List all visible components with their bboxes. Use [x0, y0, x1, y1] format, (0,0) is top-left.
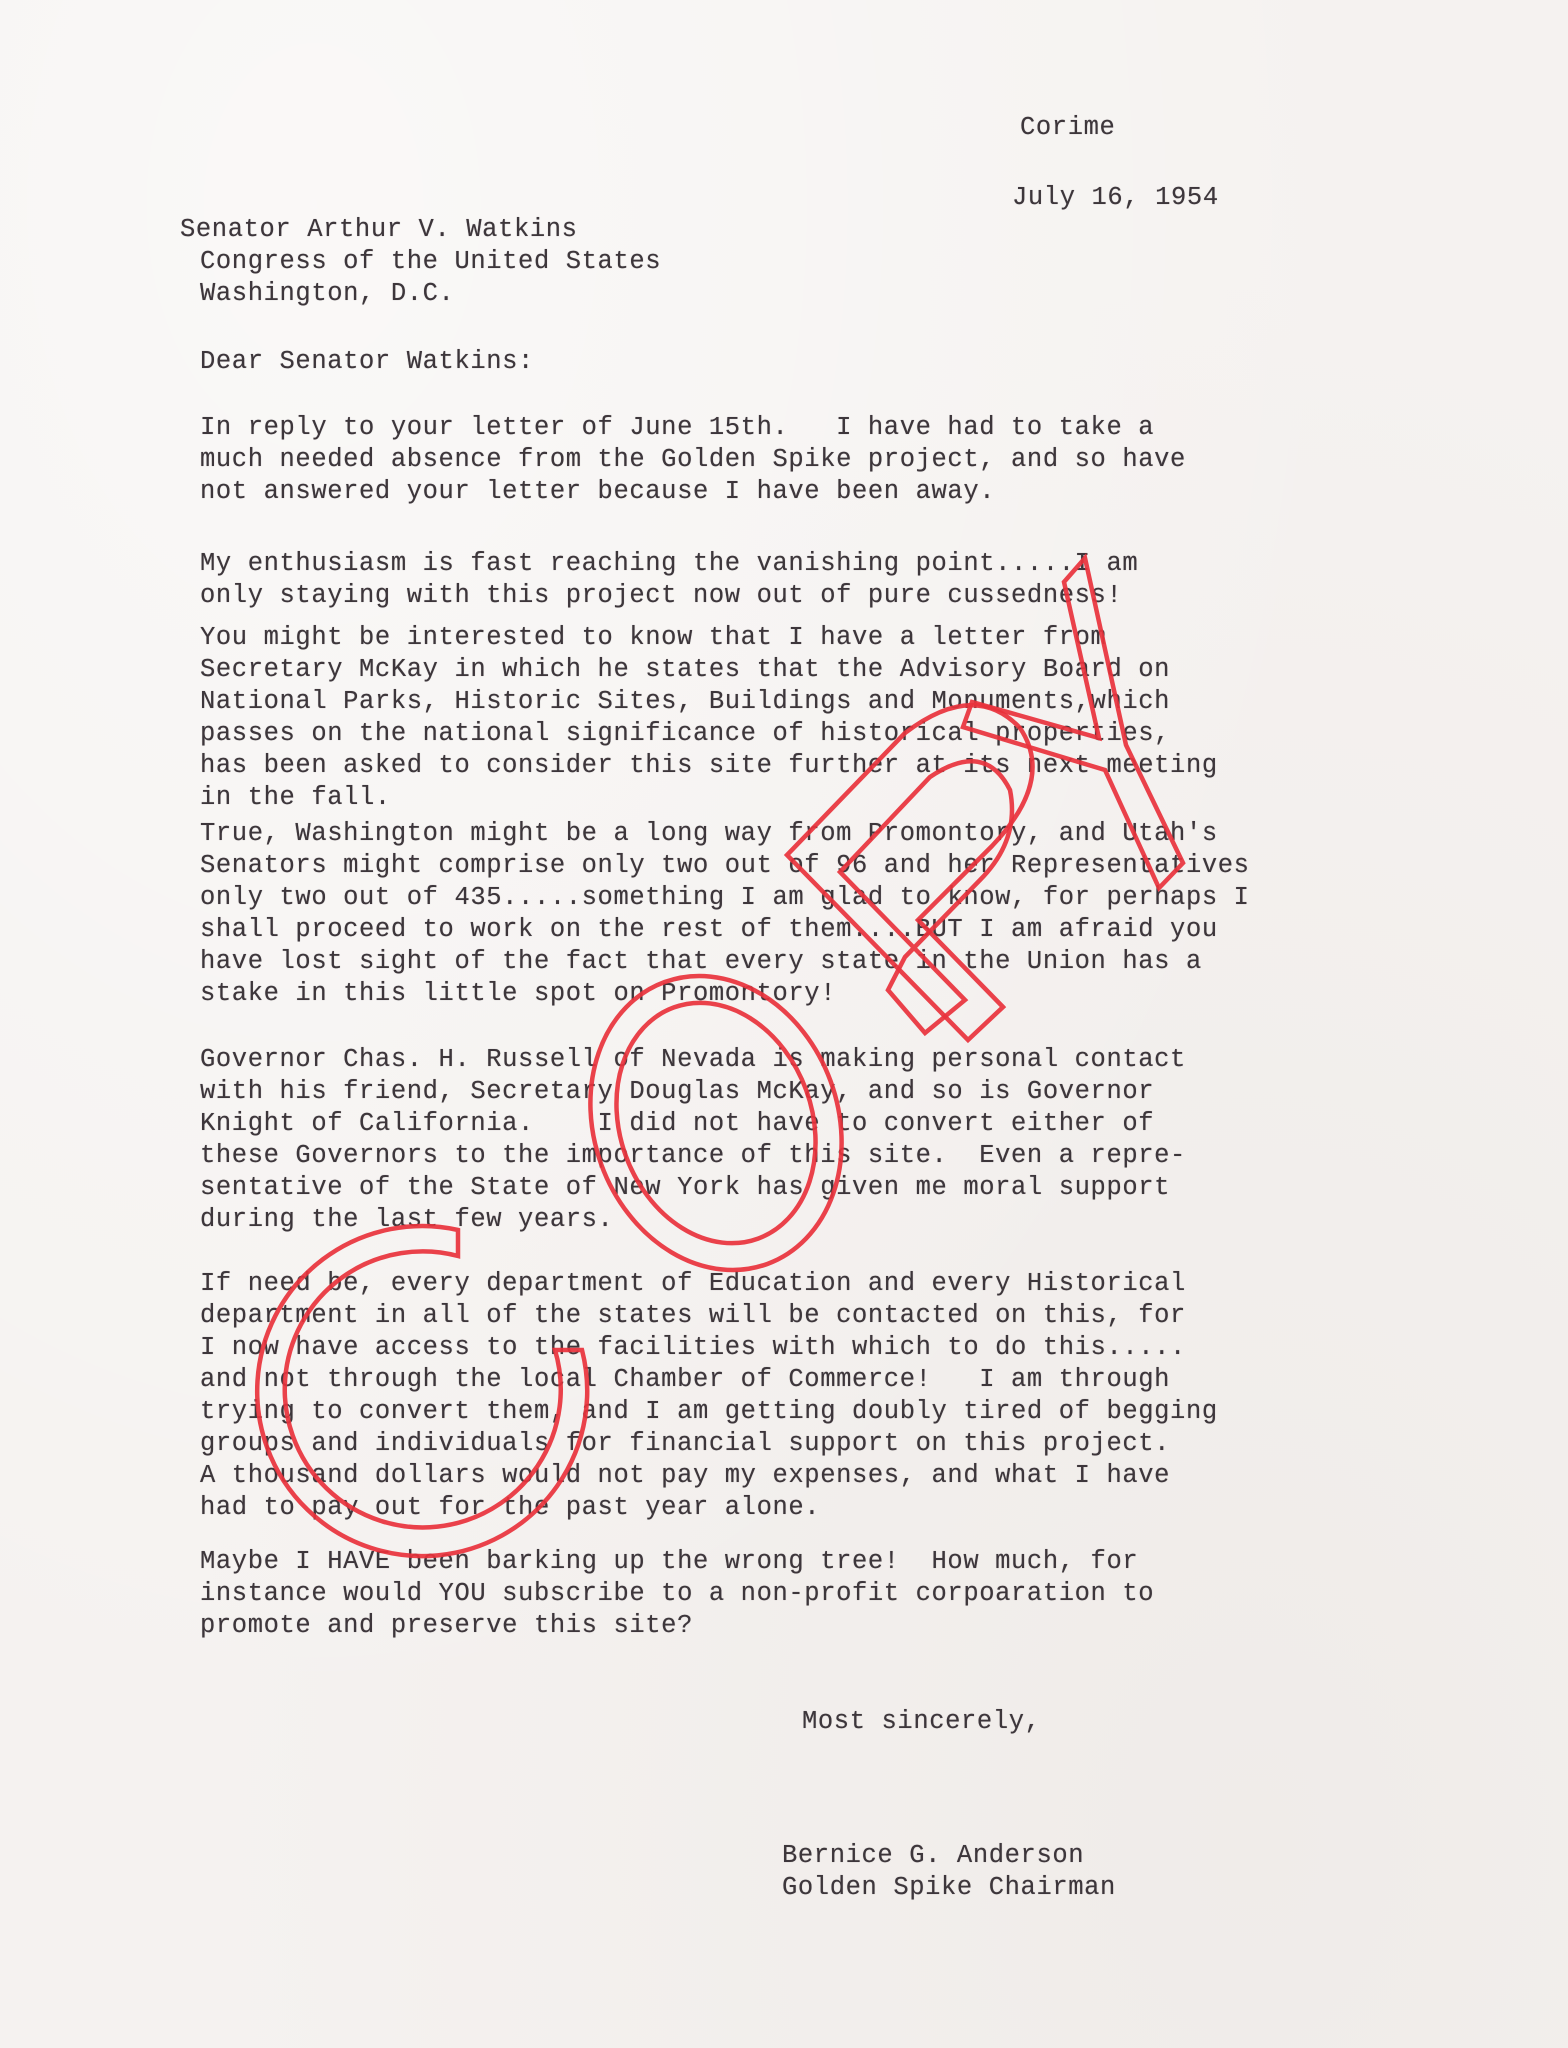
body-line: with his friend, Secretary Douglas McKay… — [200, 1076, 1154, 1108]
body-line: Knight of California. I did not have to … — [200, 1108, 1154, 1140]
body-line: Secretary McKay in which he states that … — [200, 654, 1170, 686]
body-line: I now have access to the facilities with… — [200, 1332, 1186, 1364]
body-line: Governor Chas. H. Russell of Nevada is m… — [200, 1044, 1186, 1076]
body-line: these Governors to the importance of thi… — [200, 1140, 1186, 1172]
signer-name: Bernice G. Anderson — [782, 1840, 1084, 1872]
body-line: passes on the national significance of h… — [200, 718, 1170, 750]
body-line: Maybe I HAVE been barking up the wrong t… — [200, 1546, 1138, 1578]
body-line: groups and individuals for financial sup… — [200, 1428, 1170, 1460]
body-line: trying to convert them, and I am getting… — [200, 1396, 1218, 1428]
body-line: have lost sight of the fact that every s… — [200, 946, 1202, 978]
body-line: Senators might comprise only two out of … — [200, 850, 1250, 882]
recipient-name: Senator Arthur V. Watkins — [180, 214, 578, 246]
body-line: only two out of 435.....something I am g… — [200, 882, 1250, 914]
body-line: If need be, every department of Educatio… — [200, 1268, 1186, 1300]
body-line: You might be interested to know that I h… — [200, 622, 1106, 654]
body-line: sentative of the State of New York has g… — [200, 1172, 1170, 1204]
closing: Most sincerely, — [802, 1706, 1041, 1738]
body-line: National Parks, Historic Sites, Building… — [200, 686, 1170, 718]
body-line: In reply to your letter of June 15th. I … — [200, 412, 1154, 444]
signer-title: Golden Spike Chairman — [782, 1872, 1116, 1904]
body-line: instance would YOU subscribe to a non-pr… — [200, 1578, 1154, 1610]
body-line: My enthusiasm is fast reaching the vanis… — [200, 548, 1138, 580]
body-line: had to pay out for the past year alone. — [200, 1492, 820, 1524]
body-line: and not through the local Chamber of Com… — [200, 1364, 1170, 1396]
body-line: A thousand dollars would not pay my expe… — [200, 1460, 1170, 1492]
letter-date: July 16, 1954 — [1012, 182, 1219, 214]
body-line: has been asked to consider this site fur… — [200, 750, 1218, 782]
body-line: promote and preserve this site? — [200, 1610, 693, 1642]
body-line: department in all of the states will be … — [200, 1300, 1186, 1332]
letter-place: Corime — [1020, 112, 1115, 144]
body-line: during the last few years. — [200, 1204, 613, 1236]
body-line: not answered your letter because I have … — [200, 476, 995, 508]
body-line: True, Washington might be a long way fro… — [200, 818, 1218, 850]
body-line: much needed absence from the Golden Spik… — [200, 444, 1186, 476]
body-line: shall proceed to work on the rest of the… — [200, 914, 1218, 946]
recipient-city: Washington, D.C. — [200, 278, 454, 310]
body-line: in the fall. — [200, 782, 391, 814]
body-line: only staying with this project now out o… — [200, 580, 1122, 612]
salutation: Dear Senator Watkins: — [200, 346, 534, 378]
recipient-org: Congress of the United States — [200, 246, 661, 278]
body-line: stake in this little spot on Promontory! — [200, 978, 836, 1010]
